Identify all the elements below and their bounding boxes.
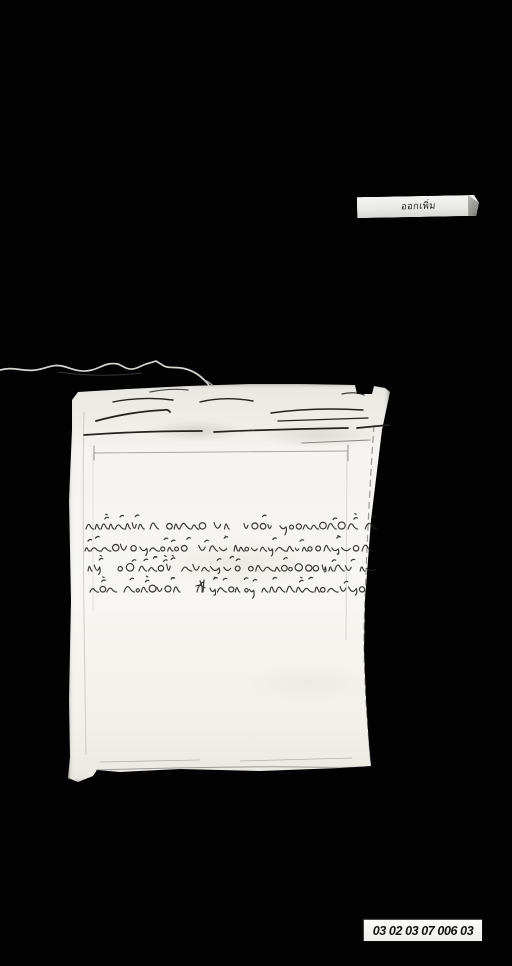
reference-code-strip: 03 02 03 07 006 03 (363, 919, 482, 941)
label-torn-edge (468, 195, 479, 216)
archive-label: ออกเพิ่ม (357, 195, 479, 218)
manuscript-page (68, 383, 390, 783)
archive-label-text: ออกเพิ่ม (400, 201, 435, 211)
photograph-of-manuscript: ออกเพิ่ม 03 02 03 07 006 03 (0, 0, 512, 966)
reference-code-text: 03 02 03 07 006 03 (373, 924, 474, 938)
